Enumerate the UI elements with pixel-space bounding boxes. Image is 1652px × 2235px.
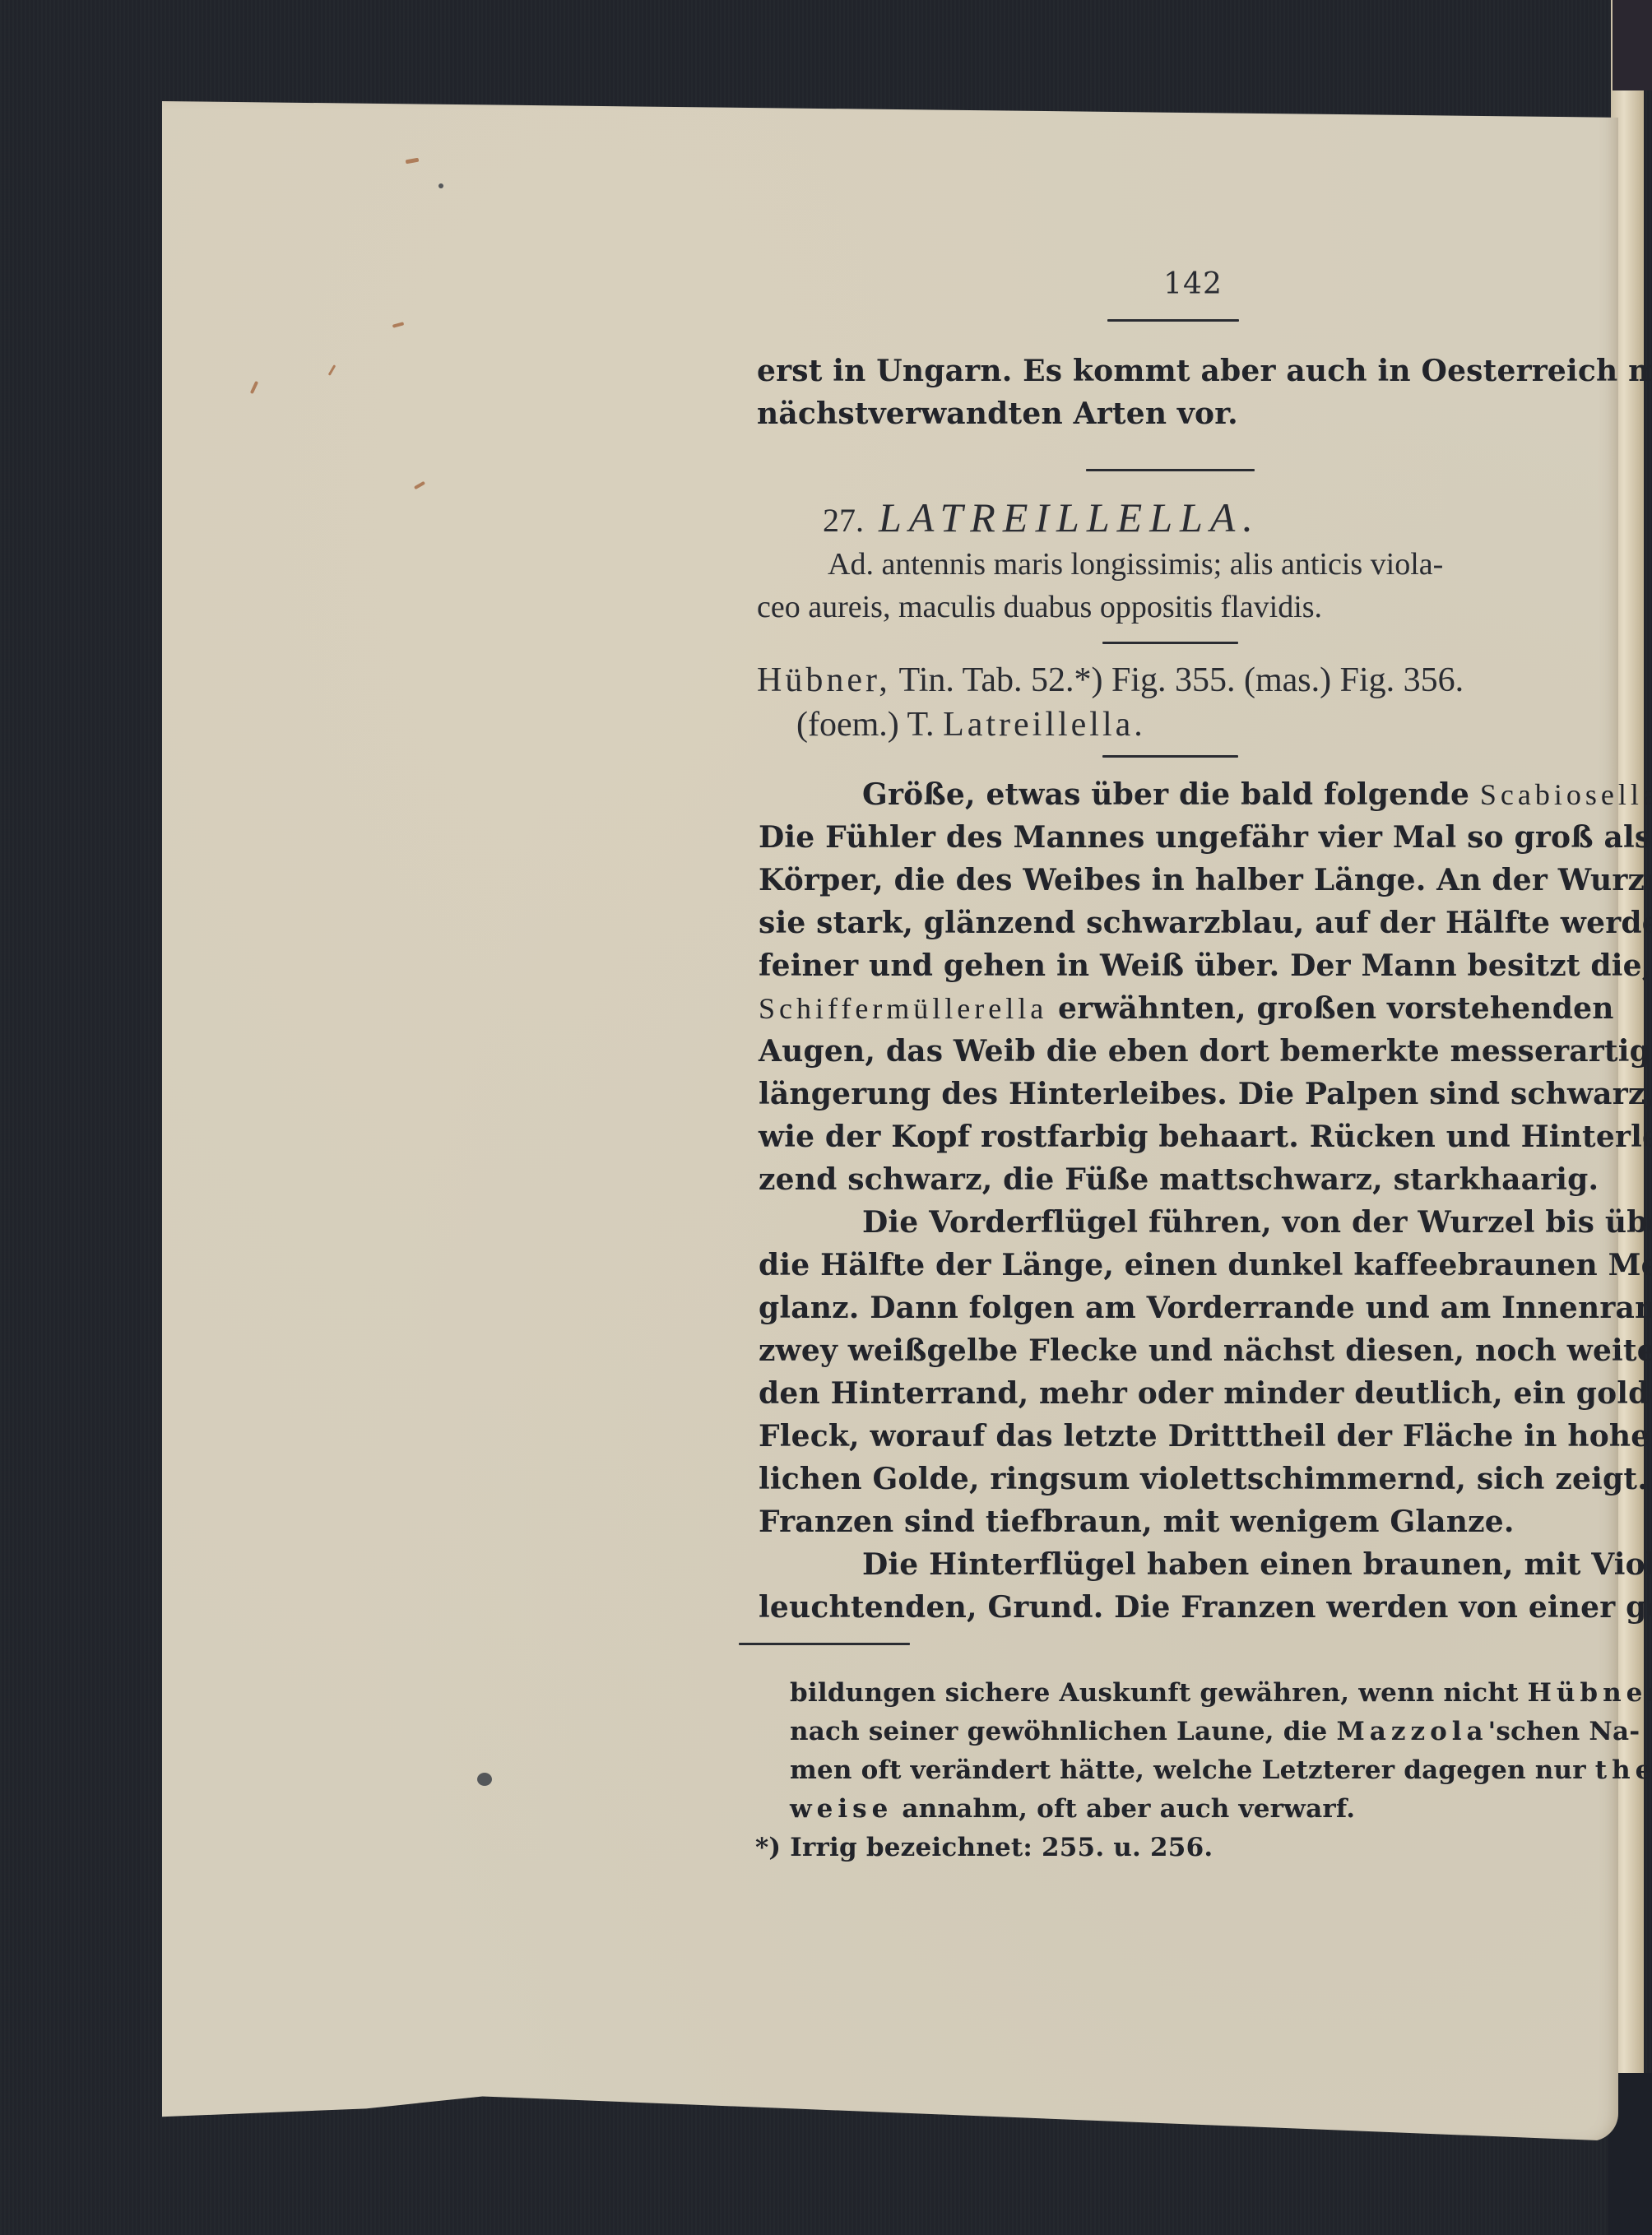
footnotes: bildungen sichere Auskunft gewähren, wen… xyxy=(790,1674,1580,1867)
continuation-text: erst in Ungarn. Es kommt aber auch in Oe… xyxy=(757,350,1580,435)
paragraph-hindwings: Die Hinterflügel haben einen braunen, mi… xyxy=(759,1543,1581,1629)
text-line: Die Vorderflügel führen, von der Wurzel … xyxy=(759,1201,1581,1244)
paper-fleck xyxy=(439,183,443,188)
literature-reference: Hübner, Tin. Tab. 52.*) Fig. 355. (mas.)… xyxy=(757,658,1580,747)
text-line: glanz. Dann folgen am Vorderrande und am… xyxy=(759,1287,1581,1329)
section-divider xyxy=(1102,642,1238,644)
spine-shadow-top xyxy=(1613,0,1652,90)
page-number-rule xyxy=(1107,319,1239,322)
text-line: den Hinterrand, mehr oder minder deutlic… xyxy=(759,1372,1581,1415)
asterisk-footnote: *) Irrig bezeichnet: 255. u. 256. xyxy=(755,1829,1580,1867)
text-line: lichen Golde, ringsum violettschimmernd,… xyxy=(759,1458,1581,1500)
species-heading: 27.LATREILLELLA. xyxy=(823,494,1563,541)
text-line: wie der Kopf rostfarbig behaart. Rücken … xyxy=(759,1115,1581,1158)
paper-fleck xyxy=(250,381,258,394)
paragraph-size-antennae: Größe, etwas über die bald folgende Scab… xyxy=(759,773,1581,1201)
text-line: Augen, das Weib die eben dort bemerkte m… xyxy=(759,1030,1581,1073)
text-line: Körper, die des Weibes in halber Länge. … xyxy=(759,859,1581,902)
text-line: Schiffermüllerella erwähnten, großen vor… xyxy=(759,987,1581,1030)
paragraph-forewings: Die Vorderflügel führen, von der Wurzel … xyxy=(759,1201,1581,1543)
reference-species-name: Latreillella. xyxy=(943,706,1146,744)
footnote-line: weise annahm, oft aber auch verwarf. xyxy=(790,1790,1580,1829)
ink-blot xyxy=(477,1773,492,1786)
text-line: Fleck, worauf das letzte Dritttheil der … xyxy=(759,1415,1581,1458)
section-divider xyxy=(1086,469,1255,471)
text-line: Größe, etwas über die bald folgende Scab… xyxy=(759,773,1581,816)
footnote-line: nach seiner gewöhnlichen Laune, die Mazz… xyxy=(790,1713,1580,1751)
text-line: zend schwarz, die Füße mattschwarz, star… xyxy=(759,1158,1581,1201)
author-ref-huebner: Hübner xyxy=(1528,1678,1652,1708)
text-line: Die Hinterflügel haben einen braunen, mi… xyxy=(759,1543,1581,1586)
reference-author: Hübner, xyxy=(757,661,891,699)
text-line: Franzen sind tiefbraun, mit wenigem Glan… xyxy=(759,1500,1581,1543)
paper-fleck xyxy=(328,364,336,376)
species-name: LATREILLELLA. xyxy=(879,494,1260,540)
text-line: die Hälfte der Länge, einen dunkel kaffe… xyxy=(759,1244,1581,1287)
text-line: Die Fühler des Mannes ungefähr vier Mal … xyxy=(759,816,1581,859)
species-ref-scabiosella: Scabiosella. xyxy=(1480,778,1652,811)
text-line: sie stark, glänzend schwarzblau, auf der… xyxy=(759,902,1581,944)
footnote-line: men oft verändert hätte, welche Letztere… xyxy=(790,1751,1580,1790)
diagnosis-line: Ad. antennis maris longissimis; alis ant… xyxy=(757,543,1580,586)
section-divider xyxy=(1102,755,1238,758)
reference-sex-note: (foem.) T. xyxy=(796,706,943,744)
latin-diagnosis: Ad. antennis maris longissimis; alis ant… xyxy=(757,543,1580,628)
paper-fleck xyxy=(392,322,405,327)
footnote-marker: *) xyxy=(755,1833,781,1862)
species-ref-schiffermuellerella: Schiffermüllerella xyxy=(759,992,1047,1025)
footnote-text: Irrig bezeichnet: 255. u. 256. xyxy=(781,1833,1213,1862)
author-ref-mazzola: Mazzola xyxy=(1336,1717,1487,1746)
text-line: leuchtenden, Grund. Die Franzen werden v… xyxy=(759,1586,1581,1629)
text-line: feiner und gehen in Weiß über. Der Mann … xyxy=(759,944,1581,987)
text-line: zwey weißgelbe Flecke und nächst diesen,… xyxy=(759,1329,1581,1372)
footnote-line: bildungen sichere Auskunft gewähren, wen… xyxy=(790,1674,1580,1713)
paper-fleck xyxy=(414,481,425,489)
footnote-separator xyxy=(739,1643,910,1645)
species-number: 27. xyxy=(823,502,864,539)
species-description: Größe, etwas über die bald folgende Scab… xyxy=(759,773,1581,1629)
text-line: längerung des Hinterleibes. Die Palpen s… xyxy=(759,1073,1581,1115)
text-line: erst in Ungarn. Es kommt aber auch in Oe… xyxy=(757,350,1580,392)
reference-citation: Tin. Tab. 52.*) Fig. 355. (mas.) Fig. 35… xyxy=(891,661,1464,699)
paper-fleck xyxy=(406,158,420,165)
diagnosis-line: ceo aureis, maculis duabus oppositis fla… xyxy=(757,586,1580,628)
text-line: nächstverwandten Arten vor. xyxy=(757,392,1580,435)
page-number: 142 xyxy=(1135,267,1251,301)
